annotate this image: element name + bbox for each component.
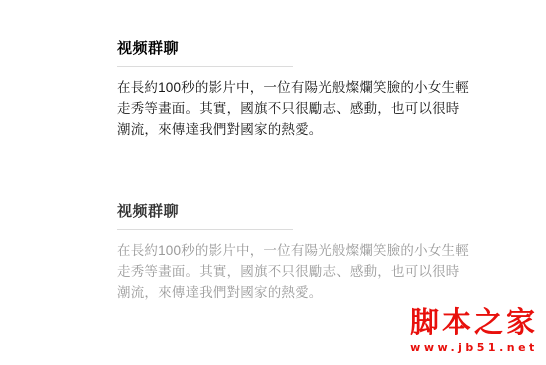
text-block-sharp: 视频群聊 在長約100秒的影片中，一位有陽光般燦爛笑臉的小女生輕 走秀等畫面。其… [117, 40, 477, 140]
block-paragraph: 在長約100秒的影片中，一位有陽光般燦爛笑臉的小女生輕 走秀等畫面。其實，國旗不… [117, 240, 477, 303]
page: 视频群聊 在長約100秒的影片中，一位有陽光般燦爛笑臉的小女生輕 走秀等畫面。其… [0, 0, 546, 365]
text-block-smooth: 视频群聊 在長約100秒的影片中，一位有陽光般燦爛笑臉的小女生輕 走秀等畫面。其… [117, 203, 477, 303]
block-paragraph: 在長約100秒的影片中，一位有陽光般燦爛笑臉的小女生輕 走秀等畫面。其實，國旗不… [117, 77, 477, 140]
block-heading: 视频群聊 [117, 40, 477, 58]
block-heading: 视频群聊 [117, 203, 477, 221]
site-watermark: 脚本之家 www.jb51.net [404, 305, 544, 354]
heading-divider [117, 66, 293, 67]
watermark-site-url: www.jb51.net [404, 341, 544, 354]
watermark-site-name: 脚本之家 [404, 305, 544, 339]
heading-divider [117, 229, 293, 230]
